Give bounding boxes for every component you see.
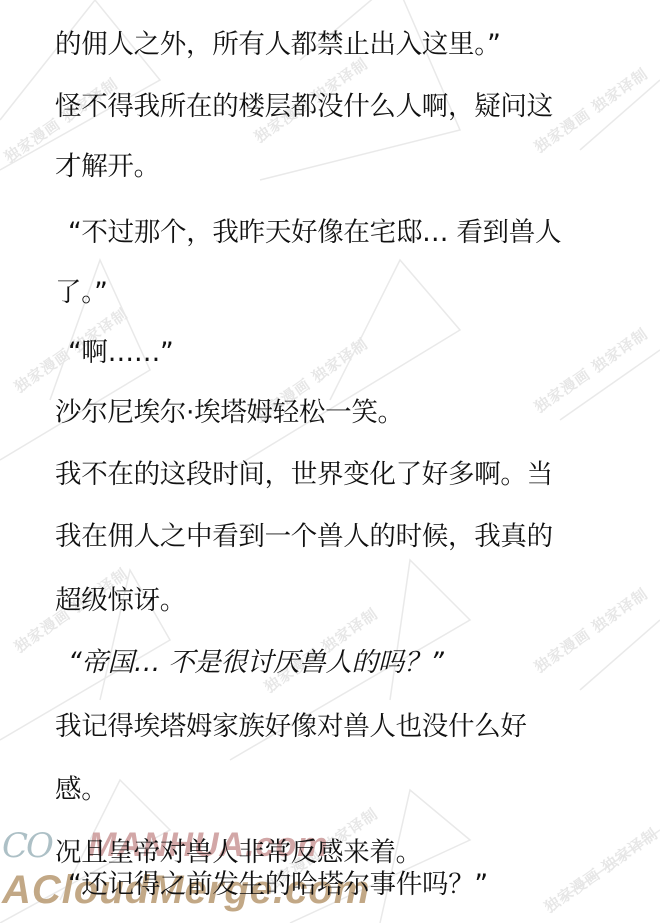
watermark-text: 独家漫画 独家译制 <box>530 583 652 677</box>
text-line: 才解开。 <box>55 152 160 182</box>
text-line: “不过那个，我昨天好像在宅邸… 看到兽人 <box>68 218 561 248</box>
watermark-text: 独家漫画 独家译制 <box>540 823 660 917</box>
text-line: 了。” <box>55 278 108 308</box>
document-page: 独家漫画 独家译制 独家漫画 独家译制 独家漫画 独家译制 独家漫画 独家译制 … <box>0 0 660 923</box>
text-line: “还记得之前发生的哈塔尔事件吗？” <box>68 870 488 900</box>
text-line: 超级惊讶。 <box>55 586 186 616</box>
text-line: 况且皇帝对兽人非常反感来着。 <box>55 838 422 868</box>
text-line: 的佣人之外，所有人都禁止出入这里。” <box>55 30 501 60</box>
text-line: 我不在的这段时间，世界变化了好多啊。当 <box>55 460 553 490</box>
text-line: “啊……” <box>68 338 173 368</box>
text-line: 感。 <box>55 775 107 805</box>
text-line: “帝国… 不是很讨厌兽人的吗？” <box>68 648 444 678</box>
watermark-logo-co: CO <box>2 826 52 866</box>
watermark-text: 独家漫画 独家译制 <box>530 323 652 417</box>
text-line: 怪不得我所在的楼层都没什么人啊，疑问这 <box>55 92 553 122</box>
text-line: 我在佣人之中看到一个兽人的时候，我真的 <box>55 522 553 552</box>
text-line: 我记得埃塔姆家族好像对兽人也没什么好 <box>55 712 527 742</box>
text-line: 沙尔尼埃尔·埃塔姆轻松一笑。 <box>55 398 404 428</box>
